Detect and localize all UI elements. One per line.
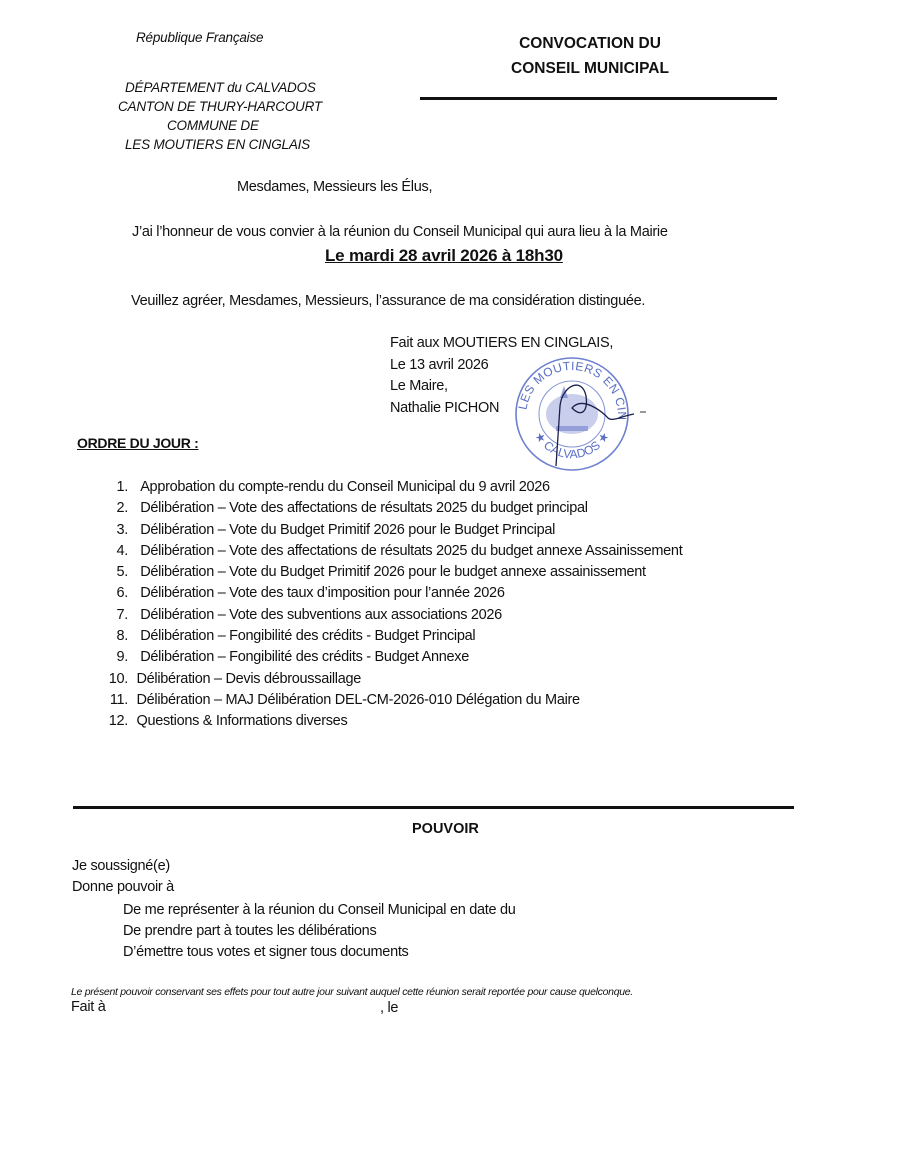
agenda-item: 2. Délibération – Vote des affectations … [98, 498, 682, 519]
agenda-list: 1. Approbation du compte-rendu du Consei… [98, 477, 682, 733]
closing-text: Veuillez agréer, Mesdames, Messieurs, l’… [131, 293, 645, 309]
meeting-date: Le mardi 28 avril 2026 à 18h30 [325, 246, 563, 266]
pouvoir-clause: De prendre part à toutes les délibératio… [123, 923, 376, 939]
commune-name: LES MOUTIERS EN CINGLAIS [125, 137, 310, 152]
pouvoir-clause: De me représenter à la réunion du Consei… [123, 902, 515, 918]
pouvoir-note: Le présent pouvoir conservant ses effets… [71, 986, 633, 998]
official-stamp: MAIRIE LES MOUTIERS EN CINGLAIS ★ CALVAD… [512, 356, 628, 472]
signature-date: Le 13 avril 2026 [390, 355, 488, 377]
gives-power-label: Donne pouvoir à [72, 879, 174, 895]
salutation: Mesdames, Messieurs les Élus, [237, 179, 432, 195]
agenda-item: 9. Délibération – Fongibilité des crédit… [98, 647, 682, 668]
signature-name: Nathalie PICHON [390, 398, 499, 420]
agenda-item: 10. Délibération – Devis débroussaillage [98, 669, 682, 690]
agenda-item: 5. Délibération – Vote du Budget Primiti… [98, 562, 682, 583]
agenda-item: 12. Questions & Informations diverses [98, 711, 682, 732]
canton-label: CANTON DE THURY-HARCOURT [118, 99, 322, 114]
signature-role: Le Maire, [390, 376, 448, 398]
document-title-line2: CONSEIL MUNICIPAL [460, 56, 720, 81]
agenda-item: 6. Délibération – Vote des taux d’imposi… [98, 583, 682, 604]
republic-label: République Française [136, 30, 263, 45]
mairie-stamp-icon: MAIRIE LES MOUTIERS EN CINGLAIS ★ CALVAD… [512, 356, 662, 476]
agenda-item: 4. Délibération – Vote des affectations … [98, 541, 682, 562]
department-label: DÉPARTEMENT du CALVADOS [125, 80, 316, 95]
done-at-label: Fait à [71, 999, 105, 1015]
agenda-heading: ORDRE DU JOUR : [77, 435, 199, 451]
invitation-text: J’ai l’honneur de vous convier à la réun… [132, 224, 668, 240]
agenda-item: 8. Délibération – Fongibilité des crédit… [98, 626, 682, 647]
agenda-item: 11. Délibération – MAJ Délibération DEL-… [98, 690, 682, 711]
commune-label: COMMUNE DE [167, 118, 259, 133]
signature-place: Fait aux MOUTIERS EN CINGLAIS, [390, 333, 613, 355]
title-divider [420, 97, 777, 100]
undersigned-label: Je soussigné(e) [72, 858, 170, 874]
document-title-line1: CONVOCATION DU [460, 31, 720, 56]
on-date-label: , le [380, 1000, 398, 1016]
section-divider [73, 806, 794, 809]
agenda-item: 1. Approbation du compte-rendu du Consei… [98, 477, 682, 498]
agenda-item: 7. Délibération – Vote des subventions a… [98, 605, 682, 626]
pouvoir-title: POUVOIR [412, 821, 479, 837]
pouvoir-clause: D’émettre tous votes et signer tous docu… [123, 944, 409, 960]
agenda-item: 3. Délibération – Vote du Budget Primiti… [98, 520, 682, 541]
